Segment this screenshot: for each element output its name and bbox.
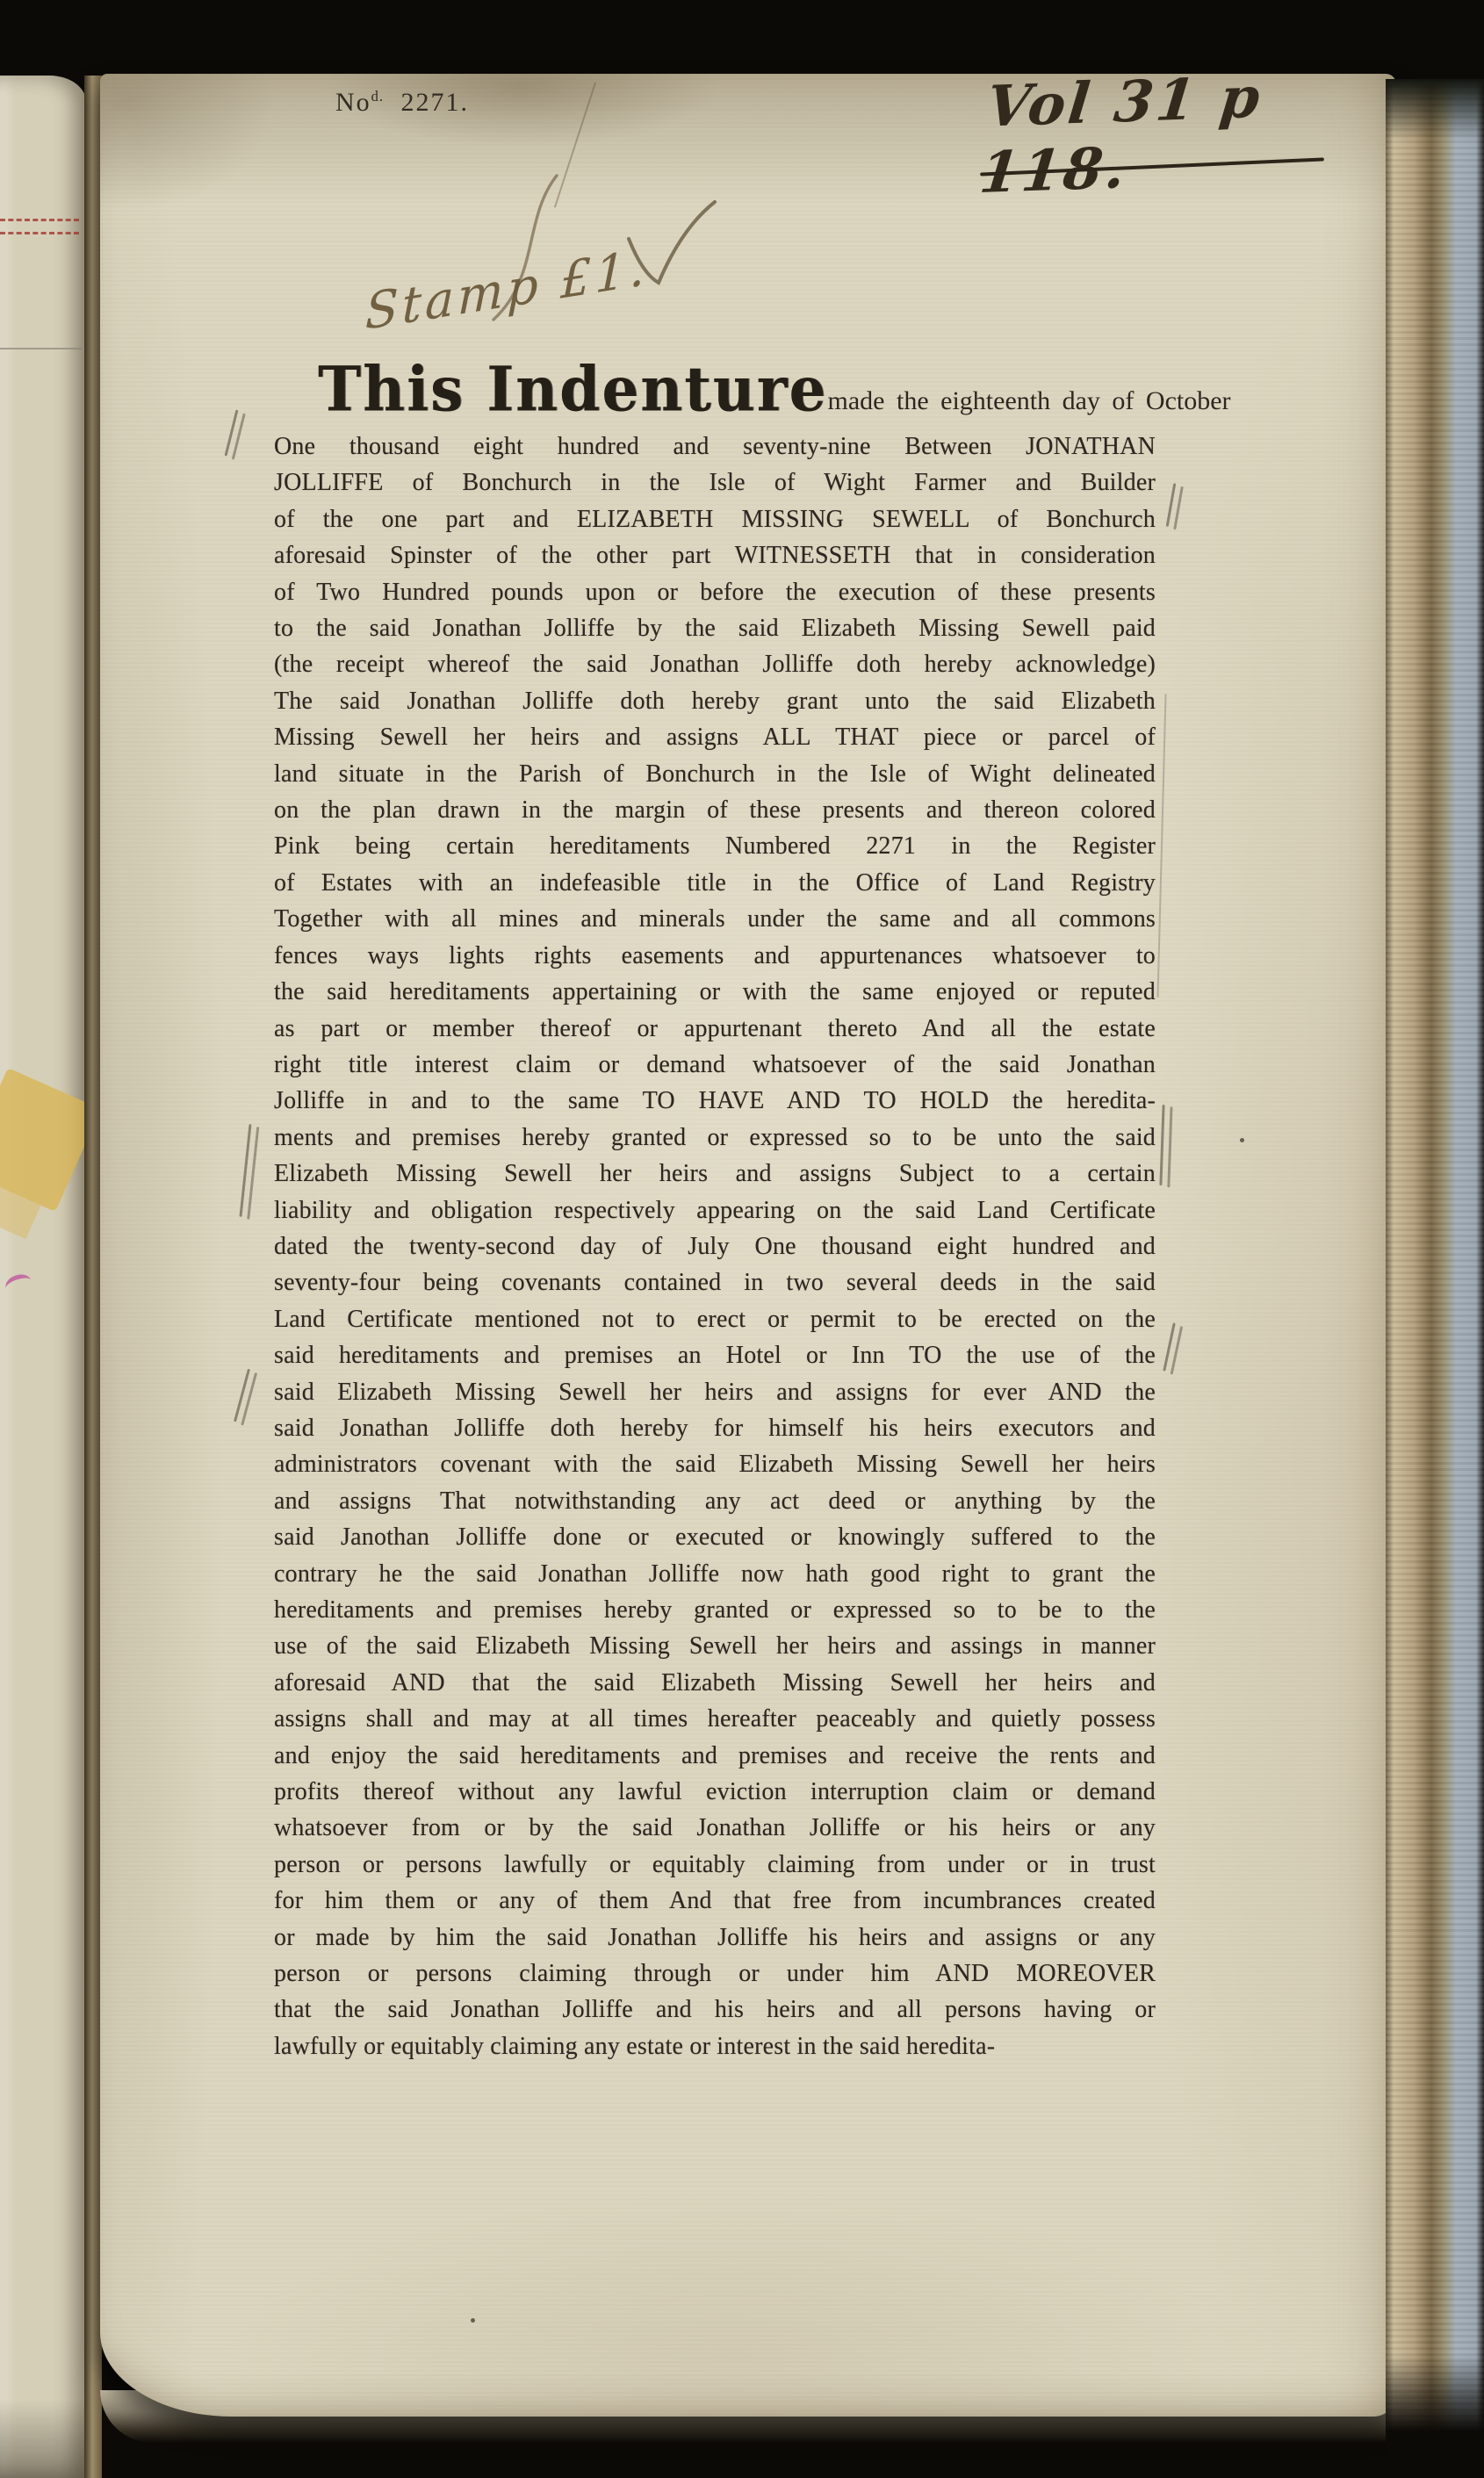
volume-page-reference: Vol 31 p 118. <box>976 59 1430 206</box>
document-text-line: or made by him the said Jonathan Jolliff… <box>274 1920 1156 1956</box>
document-text-line: for him them or any of them And that fre… <box>274 1883 1156 1919</box>
document-page: Nod. 2271. Vol 31 p 118. Stamp £1. This … <box>100 74 1396 2417</box>
document-text-line: person or persons lawfully or equitably … <box>274 1847 1156 1883</box>
margin-mark <box>1166 483 1177 527</box>
document-number-superscript: d. <box>371 88 384 104</box>
document-text-line: lawfully or equitably claiming any estat… <box>274 2028 1156 2064</box>
heading-continuation-text: made the eighteenth day of October <box>828 386 1231 416</box>
book-scan: Nod. 2271. Vol 31 p 118. Stamp £1. This … <box>0 0 1484 2478</box>
document-text-line: on the plan drawn in the margin of these… <box>274 792 1156 828</box>
document-text-line: assigns shall and may at all times herea… <box>274 1701 1156 1737</box>
document-text-line: Together with all mines and minerals und… <box>274 901 1156 937</box>
document-text-line: One thousand eight hundred and seventy-n… <box>274 429 1156 465</box>
stitch-line <box>0 219 79 234</box>
document-text-line: fences ways lights rights easements and … <box>274 938 1156 974</box>
document-text-line: said Janothan Jolliffe done or executed … <box>274 1519 1156 1555</box>
document-text-line: and assigns That notwithstanding any act… <box>274 1483 1156 1519</box>
margin-mark <box>1159 1105 1164 1185</box>
document-text-line: that the said Jonathan Jolliffe and his … <box>274 1992 1156 2028</box>
document-text-line: whatsoever from or by the said Jonathan … <box>274 1810 1156 1846</box>
document-text-line: said hereditaments and premises an Hotel… <box>274 1337 1156 1373</box>
margin-mark <box>239 1124 251 1217</box>
document-text-line: use of the said Elizabeth Missing Sewell… <box>274 1628 1156 1664</box>
document-text-line: said Jonathan Jolliffe doth hereby for h… <box>274 1410 1156 1446</box>
document-text-line: Missing Sewell her heirs and assigns ALL… <box>274 719 1156 755</box>
margin-mark <box>234 1369 250 1423</box>
ink-speck <box>471 2318 475 2323</box>
rolled-parchment <box>0 76 86 2478</box>
document-text-line: said Elizabeth Missing Sewell her heirs … <box>274 1374 1156 1410</box>
indenture-heading: This Indenture made the eighteenth day o… <box>318 355 1157 423</box>
document-text-line: the said hereditaments appertaining or w… <box>274 974 1156 1010</box>
document-text-line: administrators covenant with the said El… <box>274 1446 1156 1482</box>
document-text-line: of the one part and ELIZABETH MISSING SE… <box>274 501 1156 537</box>
document-text-line: Land Certificate mentioned not to erect … <box>274 1301 1156 1337</box>
binding-gutter <box>84 76 102 2478</box>
document-number-value: 2271. <box>401 88 470 117</box>
document-text-line: aforesaid AND that the said Elizabeth Mi… <box>274 1665 1156 1701</box>
document-text-line: of Estates with an indefeasible title in… <box>274 865 1156 901</box>
parchment-fold-line <box>0 348 82 349</box>
document-text-line: contrary he the said Jonathan Jolliffe n… <box>274 1556 1156 1592</box>
document-text-line: dated the twenty-second day of July One … <box>274 1228 1156 1264</box>
document-text-line: JOLLIFFE of Bonchurch in the Isle of Wig… <box>274 465 1156 501</box>
document-text-line: to the said Jonathan Jolliffe by the sai… <box>274 610 1156 646</box>
margin-mark <box>1163 1322 1176 1371</box>
document-number: Nod. 2271. <box>335 88 469 118</box>
document-text-line: seventy-four being covenants contained i… <box>274 1264 1156 1300</box>
document-text-line: of Two Hundred pounds upon or before the… <box>274 574 1156 610</box>
heading-blackletter-text: This Indenture <box>318 353 828 426</box>
document-text-line: aforesaid Spinster of the other part WIT… <box>274 537 1156 573</box>
document-text-line: hereditaments and premises hereby grante… <box>274 1592 1156 1628</box>
ink-speck <box>1240 1138 1244 1142</box>
document-text-line: profits thereof without any lawful evict… <box>274 1774 1156 1810</box>
document-text-line: liability and obligation respectively ap… <box>274 1192 1156 1228</box>
document-text-line: ments and premises hereby granted or exp… <box>274 1120 1156 1156</box>
document-text-line: Elizabeth Missing Sewell her heirs and a… <box>274 1156 1156 1192</box>
document-text-line: as part or member thereof or appurtenant… <box>274 1011 1156 1047</box>
document-text-line: Jolliffe in and to the same TO HAVE AND … <box>274 1083 1156 1119</box>
document-text-line: (the receipt whereof the said Jonathan J… <box>274 646 1156 682</box>
document-text-line: right title interest claim or demand wha… <box>274 1047 1156 1083</box>
document-number-prefix: No <box>335 88 371 117</box>
deed-body-text: One thousand eight hundred and seventy-n… <box>274 429 1156 2064</box>
pink-pen-mark <box>3 1271 33 1297</box>
book-page-edges <box>1386 79 1484 2478</box>
document-text-line: The said Jonathan Jolliffe doth hereby g… <box>274 683 1156 719</box>
document-text-line: land situate in the Parish of Bonchurch … <box>274 756 1156 792</box>
document-text-line: person or persons claiming through or un… <box>274 1956 1156 1992</box>
margin-mark <box>225 409 239 456</box>
document-text-line: and enjoy the said hereditaments and pre… <box>274 1738 1156 1774</box>
margin-line <box>1156 694 1166 998</box>
document-text-line: Pink being certain hereditaments Numbere… <box>274 828 1156 864</box>
